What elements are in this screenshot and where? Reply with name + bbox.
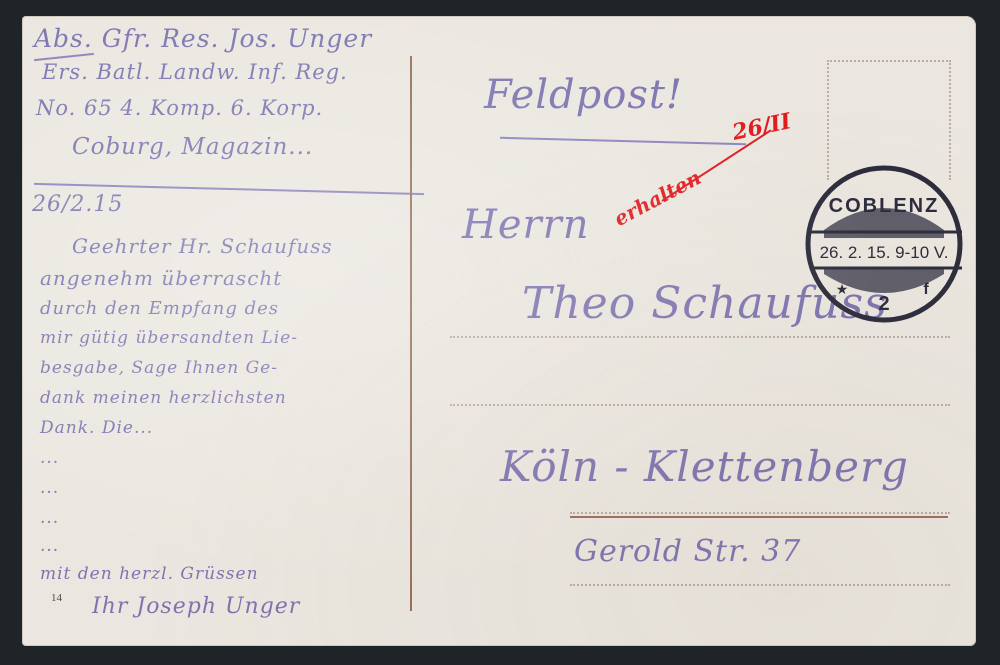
- red-annotation-received: erhalten: [610, 165, 705, 231]
- red-annotation-date: 26/II: [730, 108, 793, 146]
- feldpost-label: Feldpost!: [484, 72, 683, 118]
- sender-line-1: Abs. Gfr. Res. Jos. Unger: [34, 24, 372, 53]
- message-line: dank meinen herzlichsten: [40, 388, 287, 408]
- signature: Ihr Joseph Unger: [92, 594, 300, 619]
- message-date: 26/2.15: [32, 192, 123, 217]
- address-line-1: [450, 336, 950, 338]
- page-number: 14: [51, 592, 62, 604]
- city-underline: [570, 516, 948, 518]
- address-line-2: [450, 404, 950, 406]
- message-line: durch den Empfang des: [40, 298, 279, 319]
- postmark-datetime: 26. 2. 15. 9-10 V.: [820, 243, 949, 262]
- address-line-4: [570, 584, 950, 586]
- vertical-divider: [410, 56, 412, 611]
- sender-line-4: Coburg, Magazin...: [72, 134, 313, 160]
- postmark-city: COBLENZ: [829, 195, 940, 217]
- postmark-office-number: 2: [878, 293, 889, 315]
- address-street: Gerold Str. 37: [574, 534, 801, 569]
- message-line: ...: [40, 508, 59, 528]
- address-city: Köln - Klettenberg: [500, 442, 909, 491]
- sender-line-3: No. 65 4. Komp. 6. Korp.: [36, 96, 323, 120]
- feldpost-underline: [500, 137, 746, 145]
- postmark-cancel: COBLENZ 26. 2. 15. 9-10 V. ★ 2 f: [802, 162, 967, 327]
- message-line: ...: [40, 478, 59, 498]
- message-line: mir gütig übersandten Lie-: [40, 328, 298, 348]
- message-line: mit den herzl. Grüssen: [40, 564, 259, 584]
- address-line-3: [570, 512, 950, 514]
- message-line: Geehrter Hr. Schaufuss: [72, 234, 333, 258]
- message-line: angenehm überrascht: [40, 266, 282, 290]
- postmark-star: ★: [836, 281, 849, 297]
- message-line: ...: [40, 448, 59, 468]
- address-salutation: Herrn: [462, 202, 590, 248]
- message-line: ...: [40, 536, 59, 556]
- message-line: Dank. Die...: [40, 418, 153, 438]
- postcard: Abs. Gfr. Res. Jos. Unger Ers. Batl. Lan…: [22, 16, 976, 646]
- sender-line-2: Ers. Batl. Landw. Inf. Reg.: [42, 60, 348, 84]
- postmark-letter: f: [923, 281, 929, 298]
- red-annotation-stroke: [661, 129, 771, 201]
- message-line: besgabe, Sage Ihnen Ge-: [40, 358, 278, 378]
